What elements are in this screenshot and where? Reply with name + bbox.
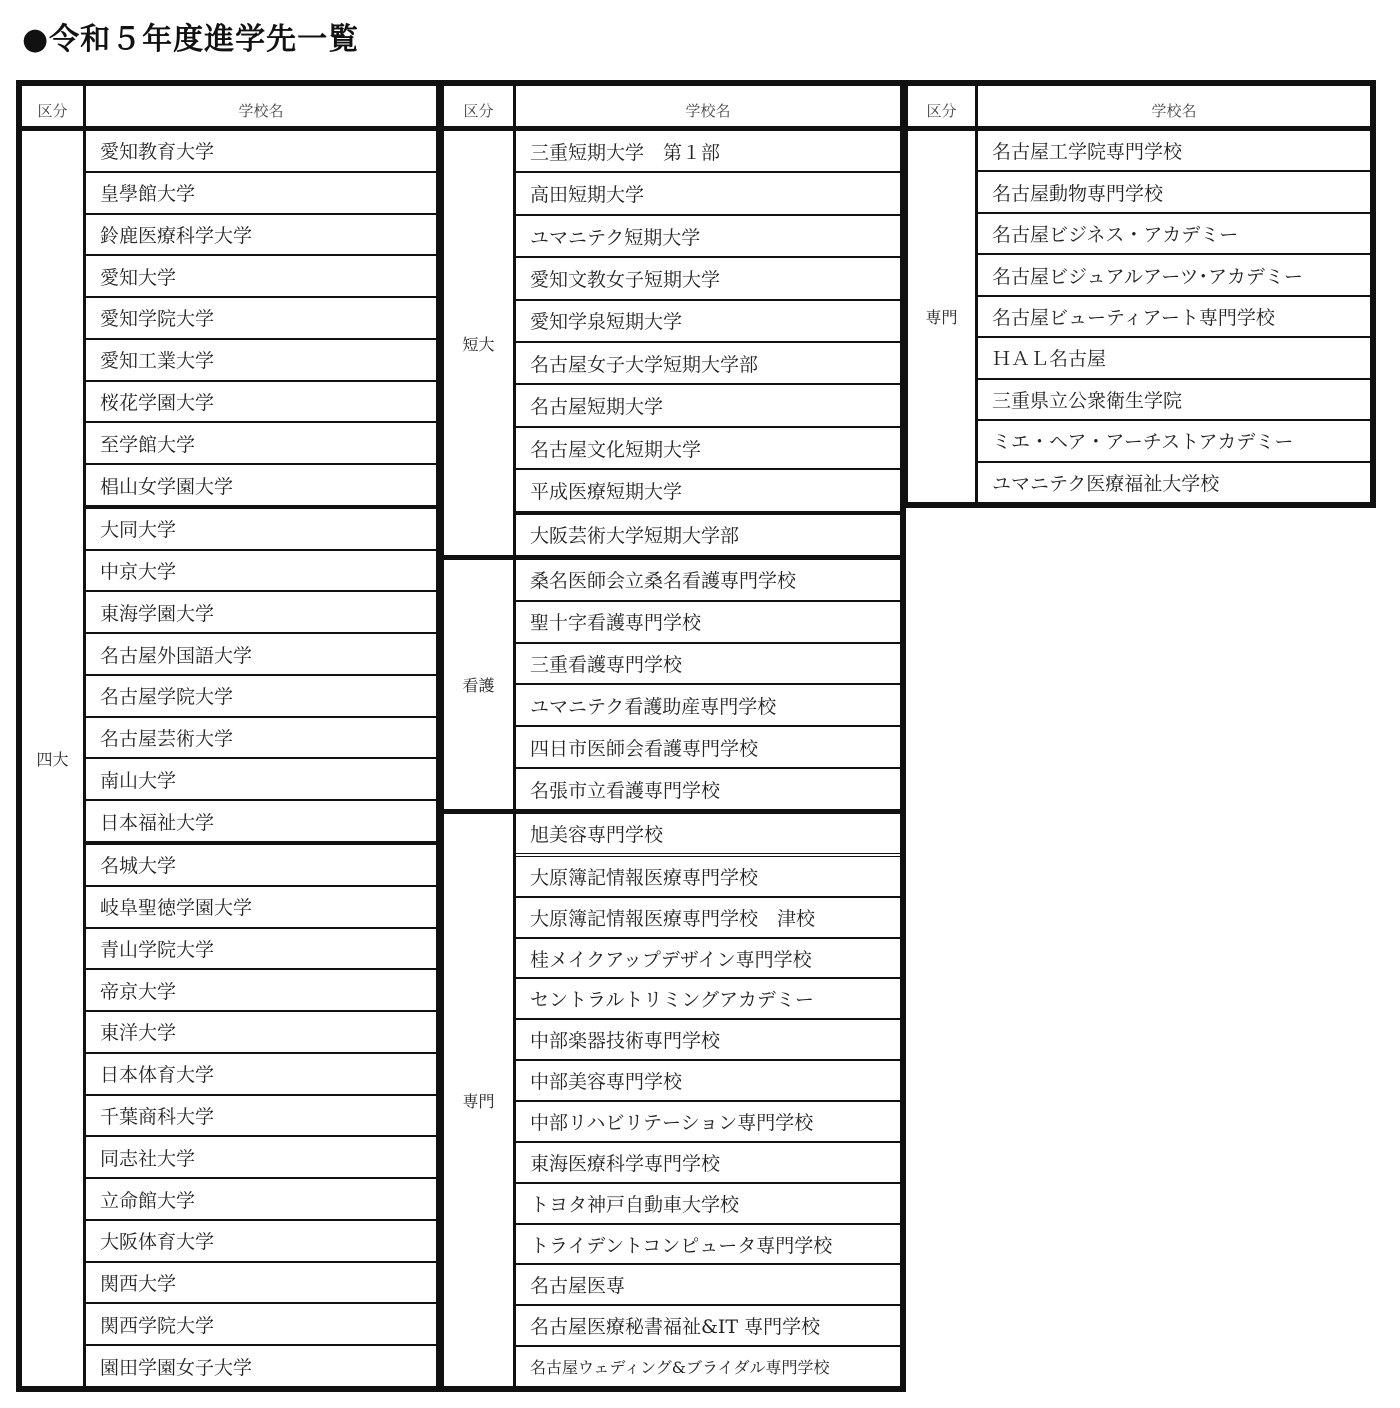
table-row: 東海医療科学専門学校: [516, 1143, 900, 1184]
table-row: 千葉商科大学: [86, 1096, 436, 1138]
category-label: 専門: [908, 131, 978, 502]
table-row: 大原簿記情報医療専門学校 津校: [516, 898, 900, 939]
table-row: トライデントコンピュータ専門学校: [516, 1225, 900, 1266]
table-row: 愛知工業大学: [86, 340, 436, 382]
table-row: 岐阜聖徳学園大学: [86, 887, 436, 929]
table-row: 三重県立公衆衛生学院: [978, 380, 1370, 421]
table-row: 名古屋医専: [516, 1265, 900, 1306]
table-row: 中京大学: [86, 551, 436, 593]
table-row: 桂メイクアップデザイン専門学校: [516, 939, 900, 980]
table-row: 三重短期大学 第１部: [516, 131, 900, 173]
table-row: 愛知文教女子短期大学: [516, 258, 900, 300]
table-row: 東洋大学: [86, 1012, 436, 1054]
table-header: 区分 学校名: [908, 86, 1370, 131]
table-row: ミエ・ヘア・アーチストアカデミー: [978, 421, 1370, 462]
table-row: 皇學館大学: [86, 173, 436, 215]
table-row: 名城大学: [86, 845, 436, 887]
table-row: 南山大学: [86, 759, 436, 801]
table-row: 名古屋ビジネス・アカデミー: [978, 214, 1370, 255]
table-row: 椙山女学園大学: [86, 465, 436, 509]
table-row: 日本福祉大学: [86, 801, 436, 845]
group-university: 四大 愛知教育大学 皇學館大学 鈴鹿医療科学大学 愛知大学 愛知学院大学 愛知工…: [22, 131, 436, 1386]
table-row: ＨＡＬ名古屋: [978, 338, 1370, 379]
table-row: 関西大学: [86, 1263, 436, 1305]
table-row: 名古屋ビジュアルアーツ･アカデミー: [978, 255, 1370, 296]
header-school-name: 学校名: [978, 86, 1370, 126]
table-row: 中部リハビリテーション専門学校: [516, 1102, 900, 1143]
table-row: 桜花学園大学: [86, 382, 436, 424]
category-label: 四大: [22, 131, 86, 1386]
table-row: 桑名医師会立桑名看護専門学校: [516, 560, 900, 602]
category-label: 短大: [444, 131, 516, 555]
table-row: 名古屋短期大学: [516, 385, 900, 427]
table-header: 区分 学校名: [22, 86, 436, 131]
group-vocational: 専門 旭美容専門学校 大原簿記情報医療専門学校 大原簿記情報医療専門学校 津校 …: [444, 809, 900, 1386]
table-row: 中部美容専門学校: [516, 1061, 900, 1102]
table-row: 名古屋工学院専門学校: [978, 131, 1370, 172]
table-row: 名古屋女子大学短期大学部: [516, 343, 900, 385]
group-vocational: 専門 名古屋工学院専門学校 名古屋動物専門学校 名古屋ビジネス・アカデミー 名古…: [908, 131, 1370, 502]
table-row: 鈴鹿医療科学大学: [86, 215, 436, 257]
table-row: 三重看護専門学校: [516, 644, 900, 686]
page-title: ●令和５年度進学先一覧: [22, 14, 359, 58]
table-row: 愛知教育大学: [86, 131, 436, 173]
table-row: 平成医療短期大学: [516, 470, 900, 514]
table-row: 愛知学院大学: [86, 298, 436, 340]
table-row: 名古屋ウェディング&ブライダル専門学校: [516, 1347, 900, 1386]
table-row: 名古屋学院大学: [86, 676, 436, 718]
table-row: 名古屋ビューティアート専門学校: [978, 297, 1370, 338]
header-category: 区分: [444, 86, 516, 126]
table-header: 区分 学校名: [444, 86, 900, 131]
table-row: 名古屋動物専門学校: [978, 172, 1370, 213]
table-row: 名古屋文化短期大学: [516, 428, 900, 470]
table-row: 同志社大学: [86, 1137, 436, 1179]
table-row: 四日市医師会看護専門学校: [516, 727, 900, 769]
table-row: 名張市立看護専門学校: [516, 769, 900, 809]
table-row: ユマニテク短期大学: [516, 216, 900, 258]
table-row: 関西学院大学: [86, 1304, 436, 1346]
table-row: 青山学院大学: [86, 929, 436, 971]
header-school-name: 学校名: [86, 86, 436, 126]
table-row: 大阪体育大学: [86, 1221, 436, 1263]
header-category: 区分: [22, 86, 86, 126]
table-row: 東海学園大学: [86, 592, 436, 634]
table-row: 帝京大学: [86, 970, 436, 1012]
category-label: 看護: [444, 560, 516, 809]
table-row: 高田短期大学: [516, 173, 900, 215]
table-row: 中部楽器技術専門学校: [516, 1020, 900, 1061]
group-junior-college: 短大 三重短期大学 第１部 高田短期大学 ユマニテク短期大学 愛知文教女子短期大…: [444, 131, 900, 555]
table-row: 大原簿記情報医療専門学校: [516, 857, 900, 898]
table-row: 大同大学: [86, 509, 436, 551]
table-row: 愛知学泉短期大学: [516, 301, 900, 343]
table-row: 日本体育大学: [86, 1054, 436, 1096]
table-row: 至学館大学: [86, 423, 436, 465]
table-row: 立命館大学: [86, 1179, 436, 1221]
table-row: 園田学園女子大学: [86, 1346, 436, 1386]
table-row: 名古屋外国語大学: [86, 634, 436, 676]
table-row: 愛知大学: [86, 256, 436, 298]
table-row: トヨタ神戸自動車大学校: [516, 1184, 900, 1225]
table-vocational-schools: 区分 学校名 専門 名古屋工学院専門学校 名古屋動物専門学校 名古屋ビジネス・ア…: [902, 80, 1376, 508]
table-row: 名古屋芸術大学: [86, 718, 436, 760]
table-row: 旭美容専門学校: [516, 814, 900, 857]
group-nursing: 看護 桑名医師会立桑名看護専門学校 聖十字看護専門学校 三重看護専門学校 ユマニ…: [444, 555, 900, 809]
table-row: ユマニテク看護助産専門学校: [516, 685, 900, 727]
category-label: 専門: [444, 814, 516, 1386]
table-row: 大阪芸術大学短期大学部: [516, 515, 900, 555]
table-colleges: 区分 学校名 短大 三重短期大学 第１部 高田短期大学 ユマニテク短期大学 愛知…: [438, 80, 906, 1392]
table-universities: 区分 学校名 四大 愛知教育大学 皇學館大学 鈴鹿医療科学大学 愛知大学 愛知学…: [16, 80, 442, 1392]
table-row: セントラルトリミングアカデミー: [516, 979, 900, 1020]
header-category: 区分: [908, 86, 978, 126]
table-row: ユマニテク医療福祉大学校: [978, 463, 1370, 502]
header-school-name: 学校名: [516, 86, 900, 126]
table-row: 聖十字看護専門学校: [516, 602, 900, 644]
table-row: 名古屋医療秘書福祉&IT 専門学校: [516, 1306, 900, 1347]
